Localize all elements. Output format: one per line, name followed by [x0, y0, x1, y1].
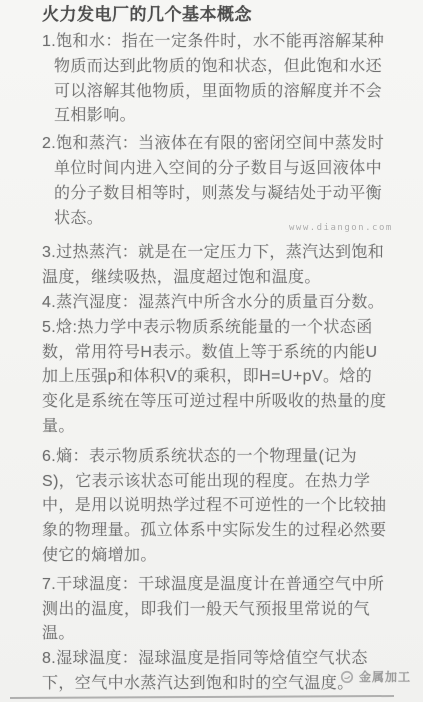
text-line: 变化是系统在等压可逆过程中所吸收的热量的度 — [42, 390, 423, 415]
text-line: 物质而达到此物质的饱和状态，但此饱和水还 — [54, 55, 423, 80]
text-line: 5.焓:热力学中表示物质系统能量的一个状态函 — [42, 316, 423, 341]
concept-item-4: 4.蒸汽湿度：湿蒸汽中所含水分的质量百分数。 — [42, 291, 423, 316]
text-line: 象的物理量。孤立体系中实际发生的过程必然要 — [42, 519, 423, 544]
text-line: 可以溶解其他物质，里面物质的溶解度并不会 — [54, 80, 423, 105]
concept-item-7: 7.干球温度：干球温度是温度计在普通空气中所测出的温度，即我们一般天气预报里常说… — [42, 573, 423, 647]
brand-watermark: 金属加工 — [340, 668, 411, 685]
text-line: 1.饱和水：指在一定条件时，水不能再溶解某种 — [42, 30, 423, 55]
text-line: 互相影响。 — [54, 104, 423, 129]
text-line: 温度，继续吸热，温度超过饱和温度。 — [42, 266, 423, 291]
text-line: 6.熵：表示物质系统状态的一个物理量(记为 — [42, 445, 423, 470]
brand-name: 金属加工 — [359, 668, 411, 685]
brand-logo-icon — [340, 670, 354, 684]
text-line: 测出的温度，即我们一般天气预报里常说的气 — [42, 598, 423, 623]
text-line: 中，是用以说明热学过程不可逆性的一个比较抽 — [42, 494, 423, 519]
text-line: 单位时间内进入空间的分子数目与返回液体中 — [54, 157, 423, 182]
concept-item-1: 1.饱和水：指在一定条件时，水不能再溶解某种物质而达到此物质的饱和状态，但此饱和… — [42, 30, 423, 129]
text-line: 量。 — [42, 415, 423, 440]
text-line: 3.过热蒸汽：就是在一定压力下，蒸汽达到饱和 — [42, 241, 423, 266]
text-line: 使它的熵增加。 — [42, 544, 423, 569]
text-line: 7.干球温度：干球温度是温度计在普通空气中所 — [42, 573, 423, 598]
concept-item-5: 5.焓:热力学中表示物质系统能量的一个状态函数，常用符号H表示。数值上等于系统的… — [42, 316, 423, 440]
text-line: 数，常用符号H表示。数值上等于系统的内能U — [42, 341, 423, 366]
concept-item-6: 6.熵：表示物质系统状态的一个物理量(记为S)，它表示该状态可能出现的程度。在热… — [42, 445, 423, 569]
screenshot-root: { "page": { "title": "火力发电厂的几个基本概念", "wa… — [0, 0, 423, 702]
text-line: 加上压强p和体积V的乘积，即H=U+pV。焓的 — [42, 365, 423, 390]
watermark-site-url: www.diangon.com — [289, 223, 393, 233]
concept-item-3: 3.过热蒸汽：就是在一定压力下，蒸汽达到饱和温度，继续吸热，温度超过饱和温度。 — [42, 241, 423, 291]
concept-list: 1.饱和水：指在一定条件时，水不能再溶解某种物质而达到此物质的饱和状态，但此饱和… — [42, 30, 423, 697]
page-title: 火力发电厂的几个基本概念 — [42, 4, 423, 25]
document-page: 火力发电厂的几个基本概念 1.饱和水：指在一定条件时，水不能再溶解某种物质而达到… — [0, 0, 423, 702]
text-line: 2.饱和蒸汽：当液体在有限的密闭空间中蒸发时 — [42, 132, 423, 157]
text-line: 4.蒸汽湿度：湿蒸汽中所含水分的质量百分数。 — [42, 291, 423, 316]
text-line: 温。 — [42, 622, 423, 647]
text-line: 的分子数目相等时，则蒸发与凝结处于动平衡 — [54, 182, 423, 207]
text-line: S)，它表示该状态可能出现的程度。在热力学 — [42, 470, 423, 495]
concept-item-2: 2.饱和蒸汽：当液体在有限的密闭空间中蒸发时单位时间内进入空间的分子数目与返回液… — [42, 132, 423, 231]
